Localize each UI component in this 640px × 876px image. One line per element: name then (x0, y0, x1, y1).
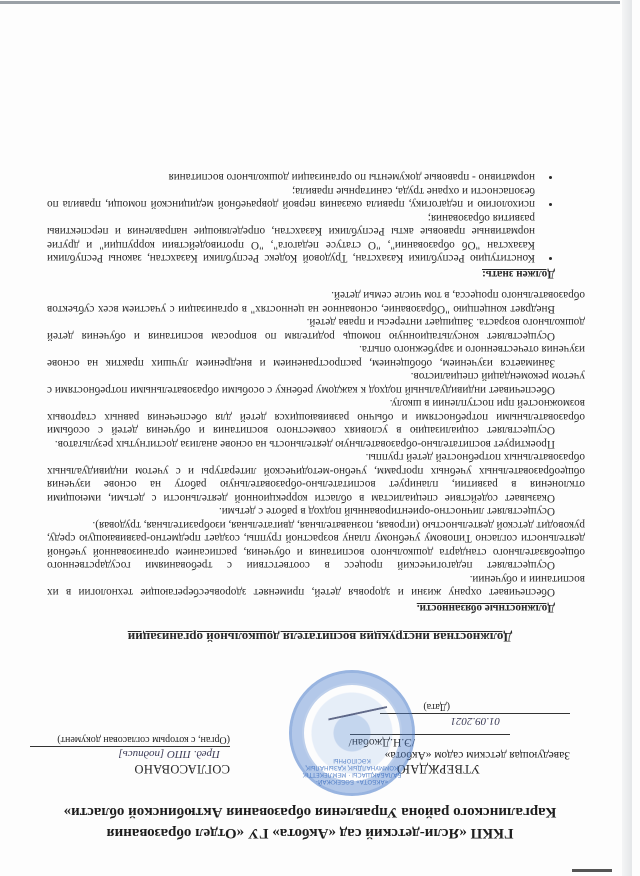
must-know-item: Конституцию Республики Казахстан, Трудов… (47, 211, 539, 265)
title-line-1: ГККП «Ясли-детский сад «Акбота» ГУ «Отде… (40, 822, 580, 843)
duty-paragraph: Обеспечивает индивидуальный подход к каж… (47, 369, 585, 396)
title-line-2: Каргалинского района Управления образова… (40, 801, 580, 822)
agreed-signature-line: Пред. ППО [подпись] (30, 746, 230, 761)
organization-title: ГККП «Ясли-детский сад «Акбота» ГУ «Отде… (40, 801, 580, 843)
must-know-item: психологию и педагогику, правила оказани… (47, 184, 539, 211)
duty-paragraph: Осуществляет социализацию в условиях сов… (47, 396, 585, 437)
duty-paragraph: Проектирует воспитательно-образовательну… (47, 437, 585, 451)
must-know-item: нормативно - правовые документы по орган… (47, 170, 539, 184)
duty-paragraph: Занимается изучением, обобщением, распро… (47, 342, 585, 369)
scan-edge-mark (572, 869, 612, 872)
agreed-label: СОГЛАСОВАНО (30, 761, 230, 776)
date-handwritten: 01.09.2021 (451, 715, 501, 727)
agreed-caption: (Орган, с которым согласован документ) (30, 734, 230, 745)
document-heading: Должностная инструкция воспитателя дошко… (60, 629, 580, 645)
scanned-document-page: ГККП «Ясли-детский сад «Акбота» ГУ «Отде… (0, 0, 640, 876)
must-know-title: Должен знать: (47, 267, 555, 281)
duty-paragraph: Внедряет концепцию "Образование, основан… (47, 288, 585, 315)
scan-edge-shadow (622, 0, 632, 876)
duty-paragraph: Осуществляет личностно-ориентированный п… (47, 504, 585, 518)
scan-edge-line (0, 1, 620, 4)
must-know-list: Конституцию Республики Казахстан, Трудов… (47, 170, 585, 265)
duties-title: Должностные обязанности. (47, 601, 555, 615)
duty-paragraph: Обеспечивает охрану жизни и здоровья дет… (47, 572, 585, 599)
stamp-text: «АКБОТА» БӨБЕКЖАЙ-БАЛАБАҚШАСЫ · МЕМЛЕКЕТ… (292, 757, 412, 785)
duty-paragraph: Осуществляет педагогический процесс в со… (47, 518, 585, 572)
agreed-handwritten: Пред. ППО [подпись] (118, 748, 220, 760)
document-body: Должностные обязанности. Обеспечивает ох… (47, 170, 585, 614)
duty-paragraph: Осуществляет консультационную помощь род… (47, 315, 585, 342)
agreed-block: СОГЛАСОВАНО Пред. ППО [подпись] (Орган, … (30, 734, 230, 776)
duty-paragraph: Оказывает содействие специалистам в обла… (47, 450, 585, 504)
